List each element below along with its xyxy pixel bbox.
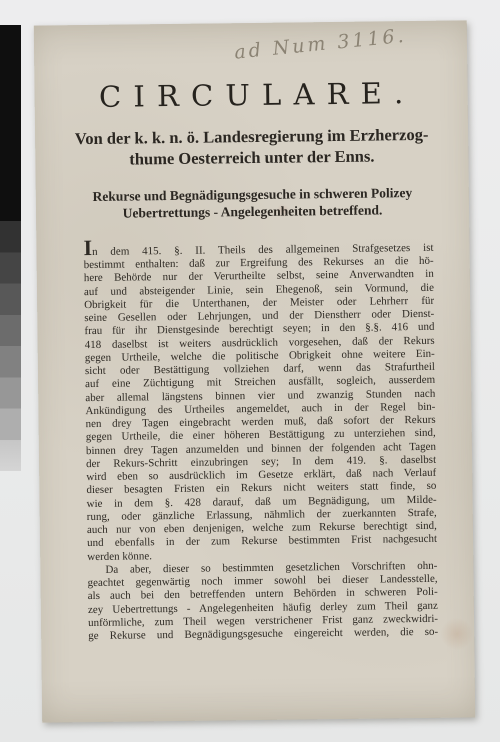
- grayscale-calibration-strip: [0, 25, 21, 471]
- document-body: In dem 415. §. II. Theils des allgemeine…: [83, 233, 438, 644]
- body-paragraph: In dem 415. §. II. Theils des allgemeine…: [83, 233, 437, 564]
- issuing-authority: Von der k. k. n. ö. Landesregierung im E…: [35, 123, 468, 170]
- subject-heading: Rekurse und Begnädigungsgesuche in schwe…: [36, 183, 469, 222]
- document-title: CIRCULARE.: [34, 77, 467, 114]
- scanner-background: ad Num 3116. CIRCULARE. Von der k. k. n.…: [0, 0, 500, 742]
- handwritten-registry-number: ad Num 3116.: [233, 25, 407, 64]
- body-paragraph: Da aber, dieser so bestimmten gesetzlich…: [87, 560, 438, 644]
- document-page: ad Num 3116. CIRCULARE. Von der k. k. n.…: [34, 20, 475, 722]
